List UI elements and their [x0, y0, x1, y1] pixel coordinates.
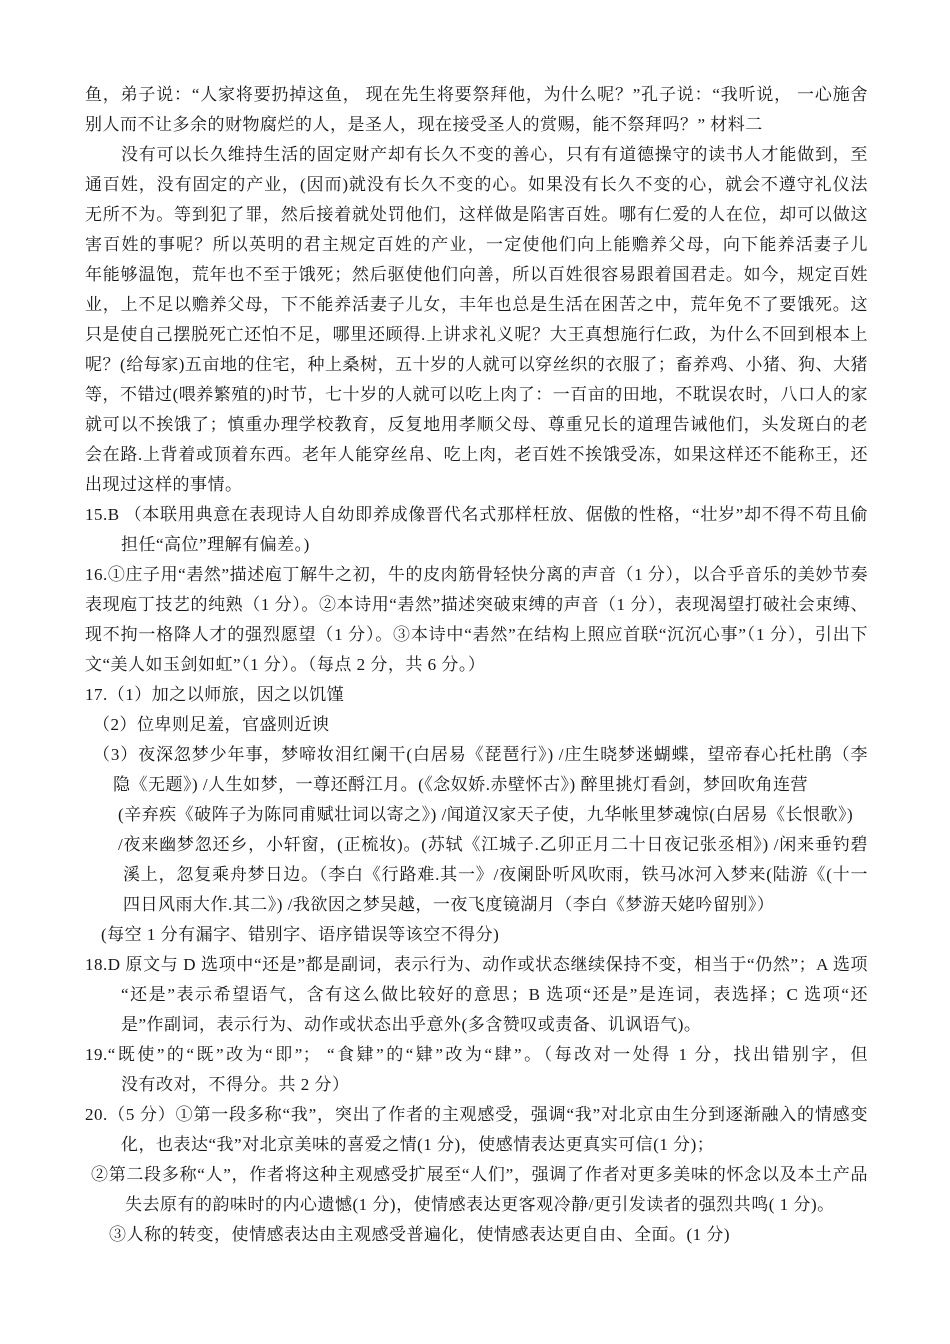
text-line: 16.①庄子用“砉然”描述庖丁解牛之初，牛的皮肉筋骨轻快分离的声音（1 分），以… — [85, 560, 868, 590]
text-line: 担任“高位”理解有偏差。) — [85, 530, 868, 560]
text-line: “还是”表示希望语气，含有这么做比较好的意思；B 选项“还是”是连词，表选择；C… — [85, 980, 868, 1010]
text-line: (每空 1 分有漏字、错别字、语序错误等该空不得分) — [85, 920, 868, 950]
text-line: 会在路.上背着或顶着东西。老年人能穿丝帛、吃上肉，老百姓不挨饿受冻，如果这样还不… — [85, 440, 868, 470]
text-line: 只是使自己摆脱死亡还怕不足，哪里还顾得.上讲求礼义呢？大王真想施行仁政，为什么不… — [85, 320, 868, 350]
text-line: 害百姓的事呢？所以英明的君主规定百姓的产业，一定使他们向上能赡养父母，向下能养活… — [85, 230, 868, 260]
text-line: 别人而不让多余的财物腐烂的人，是圣人，现在接受圣人的赏赐，能不祭拜吗？” 材料二 — [85, 110, 868, 140]
text-line: ②第二段多称“人”，作者将这种主观感受扩展至“人们”，强调了作者对更多美味的怀念… — [85, 1160, 868, 1190]
text-line: 呢？(给每家)五亩地的住宅，种上桑树，五十岁的人就可以穿丝织的衣服了；畜养鸡、小… — [85, 350, 868, 380]
text-line: (辛弃疾《破阵子为陈同甫赋壮词以寄之》) /闻道汉家天子使，九华帐里梦魂惊(白居… — [85, 800, 868, 830]
text-line: 18.D 原文与 D 选项中“还是”都是副词，表示行为、动作或状态继续保持不变，… — [85, 950, 868, 980]
text-line: （3）夜深忽梦少年事，梦啼妆泪红阑干(白居易《琵琶行》) /庄生晓梦迷蝴蝶，望帝… — [85, 740, 868, 770]
text-line: 文“美人如玉剑如虹”（1 分）。（每点 2 分，共 6 分。） — [85, 650, 868, 680]
text-line: 20.（5 分）①第一段多称“我”，突出了作者的主观感受，强调“我”对北京由生分… — [85, 1100, 868, 1130]
text-line: 出现过这样的事情。 — [85, 470, 868, 500]
text-line: 没有可以长久维持生活的固定财产却有长久不变的善心，只有有道德操守的读书人才能做到… — [85, 140, 868, 170]
document-text-block: 鱼，弟子说：“人家将要扔掉这鱼， 现在先生将要祭拜他，为什么呢？”孔子说：“我听… — [85, 80, 868, 1250]
text-line: 15.B （本联用典意在表现诗人自幼即养成像晋代名式那样枉放、倨傲的性格，“壮岁… — [85, 500, 868, 530]
text-line: 无所不为。等到犯了罪，然后接着就处罚他们，这样做是陷害百姓。哪有仁爱的人在位，却… — [85, 200, 868, 230]
text-line: 19.“既使”的“既”改为“即”； “食肄”的“肄”改为“肆”。（每改对一处得 … — [85, 1040, 868, 1070]
text-line: ③人称的转变，使情感表达由主观感受普遍化，使情感表达更自由、全面。(1 分) — [85, 1220, 868, 1250]
text-line: 通百姓，没有固定的产业，(因而)就没有长久不变的心。如果没有长久不变的心，就会不… — [85, 170, 868, 200]
text-line: 失去原有的韵味时的内心遗憾(1 分)，使情感表达更客观冷静/更引发读者的强烈共鸣… — [85, 1190, 868, 1220]
text-line: 化，也表达“我”对北京美味的喜爱之情(1 分)，使感情表达更真实可信(1 分)； — [85, 1130, 868, 1160]
text-line: （2）位卑则足羞，官盛则近谀 — [85, 710, 868, 740]
text-line: 年能够温饱，荒年也不至于饿死；然后驱使他们向善，所以百姓很容易跟着国君走。如今，… — [85, 260, 868, 290]
text-line: 四日风雨大作.其二》) /我欲因之梦吴越，一夜飞度镜湖月（李白《梦游天姥吟留别》… — [85, 890, 868, 920]
text-line: 等，不错过(喂养繁殖的)时节，七十岁的人就可以吃上肉了：一百亩的田地，不耽误农时… — [85, 380, 868, 410]
text-line: 表现庖丁技艺的纯熟（1 分）。②本诗用“砉然”描述突破束缚的声音（1 分），表现… — [85, 590, 868, 620]
text-line: 17.（1）加之以师旅，因之以饥馑 — [85, 680, 868, 710]
text-line: 就可以不挨饿了；慎重办理学校教育，反复地用孝顺父母、尊重兄长的道理告诫他们，头发… — [85, 410, 868, 440]
text-line: 没有改对，不得分。共 2 分） — [85, 1070, 868, 1100]
text-line: 鱼，弟子说：“人家将要扔掉这鱼， 现在先生将要祭拜他，为什么呢？”孔子说：“我听… — [85, 80, 868, 110]
text-line: 隐《无题》) /人生如梦，一尊还酹江月。(《念奴娇.赤壁怀古》) 醉里挑灯看剑，… — [85, 770, 868, 800]
text-line: 是”作副词，表示行为、动作或状态出乎意外(多含赞叹或责备、讥讽语气)。 — [85, 1010, 868, 1040]
text-line: 现不拘一格降人才的强烈愿望（1 分）。③本诗中“砉然”在结构上照应首联“沉沉心事… — [85, 620, 868, 650]
text-line: 业，上不足以赡养父母，下不能养活妻子儿女，丰年也总是生活在困苦之中，荒年免不了要… — [85, 290, 868, 320]
answer-key-page: 鱼，弟子说：“人家将要扔掉这鱼， 现在先生将要祭拜他，为什么呢？”孔子说：“我听… — [0, 0, 950, 1344]
text-line: 溪上，忽复乘舟梦日边。（李白《行路难.其一》/夜阑卧听风吹雨，铁马冰河入梦来(陆… — [85, 860, 868, 890]
text-line: /夜来幽梦忽还乡，小轩窗，(正梳妆)。(苏轼《江城子.乙卯正月二十日夜记张丞相》… — [85, 830, 868, 860]
